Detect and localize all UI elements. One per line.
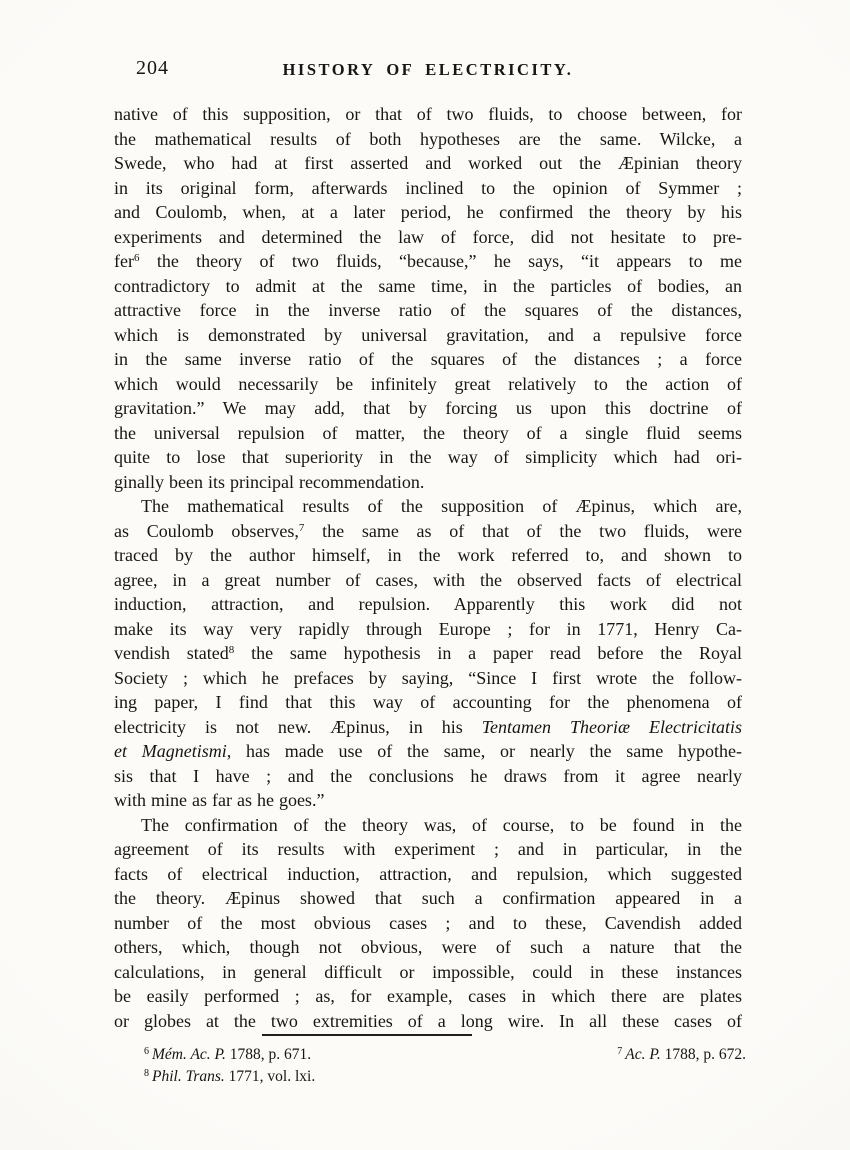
italic-text: et Magnetismi [114,741,227,761]
text-segment: experiments and determined the law of fo… [114,227,742,247]
body-text: native of this supposition, or that of t… [114,102,742,1033]
text-segment: ginally been its principal recommendatio… [114,472,424,492]
text-line: vendish stated8 the same hypothesis in a… [114,641,742,666]
text-segment: vendish stated [114,643,229,663]
text-segment: the same hypothesis in a paper read befo… [234,643,742,663]
text-segment: or globes at the two extremities of a lo… [114,1011,742,1031]
text-segment: agreement of its results with experiment… [114,839,742,859]
text-line: induction, attraction, and repulsion. Ap… [114,592,742,617]
text-line: with mine as far as he goes.” [114,788,742,813]
text-segment: number of the most obvious cases ; and t… [114,913,742,933]
text-segment: with mine as far as he goes.” [114,790,324,810]
text-line: Society ; which he prefaces by saying, “… [114,666,742,691]
paragraph: The confirmation of the theory was, of c… [114,813,742,1034]
text-segment: contradictory to admit at the same time,… [114,276,742,296]
italic-text: Tentamen Theoriæ Electricitatis [482,717,742,737]
text-line: calculations, in general difficult or im… [114,960,742,985]
text-segment: 1788, p. 672. [661,1046,746,1063]
text-segment: 1771, vol. lxi. [225,1068,315,1085]
text-segment: traced by the author himself, in the wor… [114,545,742,565]
text-segment: in the same inverse ratio of the squares… [114,349,742,369]
text-line: Swede, who had at first asserted and wor… [114,151,742,176]
paragraph: The mathematical results of the supposit… [114,494,742,813]
text-line: gravitation.” We may add, that by forcin… [114,396,742,421]
text-line: electricity is not new. Æpinus, in his T… [114,715,742,740]
footnote: 6Mém. Ac. P. 1788, p. 671. [144,1044,311,1066]
text-line: in its original form, afterwards incline… [114,176,742,201]
text-line: facts of electrical induction, attractio… [114,862,742,887]
text-line: The confirmation of the theory was, of c… [114,813,742,838]
text-segment: the theory. Æpinus showed that such a co… [114,888,742,908]
text-segment: the same as of that of the two fluids, w… [304,521,742,541]
text-line: which would necessarily be infinitely gr… [114,372,742,397]
text-line: attractive force in the inverse ratio of… [114,298,742,323]
text-segment: Swede, who had at first asserted and wor… [114,153,742,173]
text-line: quite to lose that superiority in the wa… [114,445,742,470]
running-head: 204 HISTORY OF ELECTRICITY. [114,56,742,82]
footnote-rule [262,1034,472,1036]
book-page: 204 HISTORY OF ELECTRICITY. native of th… [0,0,850,1150]
text-line: agree, in a great number of cases, with … [114,568,742,593]
text-segment: electricity is not new. Æpinus, in his [114,717,482,737]
text-segment: facts of electrical induction, attractio… [114,864,742,884]
text-line: the theory. Æpinus showed that such a co… [114,886,742,911]
text-line: number of the most obvious cases ; and t… [114,911,742,936]
text-segment: , has made use of the same, or nearly th… [227,741,742,761]
text-line: contradictory to admit at the same time,… [114,274,742,299]
text-segment: be easily performed ; as, for example, c… [114,986,742,1006]
text-line: ing paper, I find that this way of accou… [114,690,742,715]
text-segment: which would necessarily be infinitely gr… [114,374,742,394]
text-line: sis that I have ; and the conclusions he… [114,764,742,789]
footnotes: 6Mém. Ac. P. 1788, p. 671.7Ac. P. 1788, … [114,1044,746,1088]
text-line: the universal repulsion of matter, the t… [114,421,742,446]
text-line: be easily performed ; as, for example, c… [114,984,742,1009]
text-line: The mathematical results of the supposit… [114,494,742,519]
footnote-row: 8Phil. Trans. 1771, vol. lxi. [114,1066,746,1088]
italic-text: Mém. Ac. P. [152,1046,226,1063]
text-segment: others, which, though not obvious, were … [114,937,742,957]
footnote: 7Ac. P. 1788, p. 672. [617,1044,746,1066]
italic-text: Ac. P. [625,1046,660,1063]
text-line: in the same inverse ratio of the squares… [114,347,742,372]
text-segment: make its way very rapidly through Europe… [114,619,742,639]
running-title: HISTORY OF ELECTRICITY. [114,56,742,80]
text-line: et Magnetismi, has made use of the same,… [114,739,742,764]
text-line: fer6 the theory of two fluids, “because,… [114,249,742,274]
text-segment: sis that I have ; and the conclusions he… [114,766,742,786]
text-line: the mathematical results of both hypothe… [114,127,742,152]
text-line: agreement of its results with experiment… [114,837,742,862]
text-segment: the theory of two fluids, “because,” he … [139,251,742,271]
text-segment: 1788, p. 671. [226,1046,311,1063]
text-segment: as Coulomb observes, [114,521,299,541]
page-number: 204 [136,57,169,80]
text-line: or globes at the two extremities of a lo… [114,1009,742,1034]
text-segment: the mathematical results of both hypothe… [114,129,742,149]
text-line: as Coulomb observes,7 the same as of tha… [114,519,742,544]
text-segment: The mathematical results of the supposit… [141,496,742,516]
text-line: traced by the author himself, in the wor… [114,543,742,568]
text-line: ginally been its principal recommendatio… [114,470,742,495]
text-segment: and Coulomb, when, at a later period, he… [114,202,742,222]
text-segment: in its original form, afterwards incline… [114,178,742,198]
text-segment: The confirmation of the theory was, of c… [141,815,742,835]
text-segment: fer [114,251,134,271]
text-segment: Society ; which he prefaces by saying, “… [114,668,742,688]
italic-text: Phil. Trans. [152,1068,225,1085]
footnote-number: 8 [144,1068,149,1079]
footnote-number: 6 [144,1046,149,1057]
footnote-row: 6Mém. Ac. P. 1788, p. 671.7Ac. P. 1788, … [114,1044,746,1066]
text-line: native of this supposition, or that of t… [114,102,742,127]
text-segment: gravitation.” We may add, that by forcin… [114,398,742,418]
text-line: experiments and determined the law of fo… [114,225,742,250]
text-segment: induction, attraction, and repulsion. Ap… [114,594,742,614]
footnote-number: 7 [617,1046,622,1057]
text-segment: ing paper, I find that this way of accou… [114,692,742,712]
text-segment: native of this supposition, or that of t… [114,104,742,124]
text-segment: which is demonstrated by universal gravi… [114,325,742,345]
text-segment: the universal repulsion of matter, the t… [114,423,742,443]
text-line: others, which, though not obvious, were … [114,935,742,960]
text-segment: calculations, in general difficult or im… [114,962,742,982]
footnote: 8Phil. Trans. 1771, vol. lxi. [144,1066,315,1088]
paragraph: native of this supposition, or that of t… [114,102,742,494]
text-line: which is demonstrated by universal gravi… [114,323,742,348]
text-segment: attractive force in the inverse ratio of… [114,300,742,320]
text-segment: quite to lose that superiority in the wa… [114,447,742,467]
text-line: make its way very rapidly through Europe… [114,617,742,642]
text-segment: agree, in a great number of cases, with … [114,570,742,590]
text-line: and Coulomb, when, at a later period, he… [114,200,742,225]
